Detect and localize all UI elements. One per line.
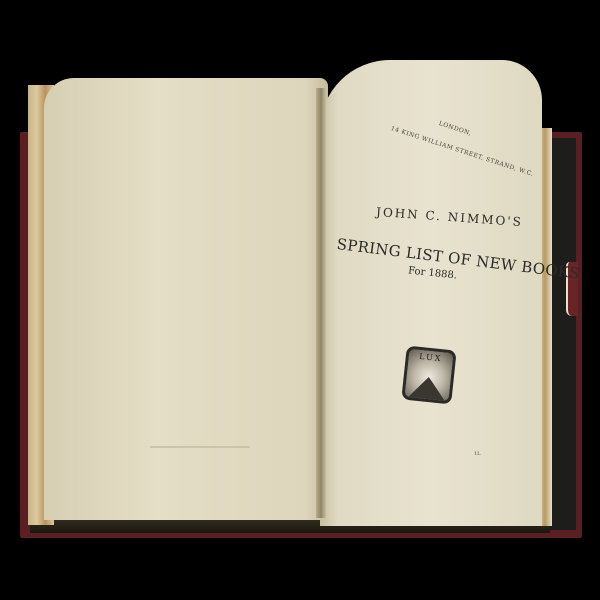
emblem-text: LUX bbox=[408, 351, 453, 365]
signature-mark: 1L bbox=[474, 451, 481, 457]
faint-show-through-line bbox=[150, 446, 250, 448]
book-gutter bbox=[316, 88, 326, 518]
mountain-icon bbox=[406, 375, 448, 403]
left-page bbox=[44, 78, 328, 520]
right-page bbox=[320, 60, 542, 526]
lux-emblem-icon: LUX bbox=[401, 346, 456, 405]
